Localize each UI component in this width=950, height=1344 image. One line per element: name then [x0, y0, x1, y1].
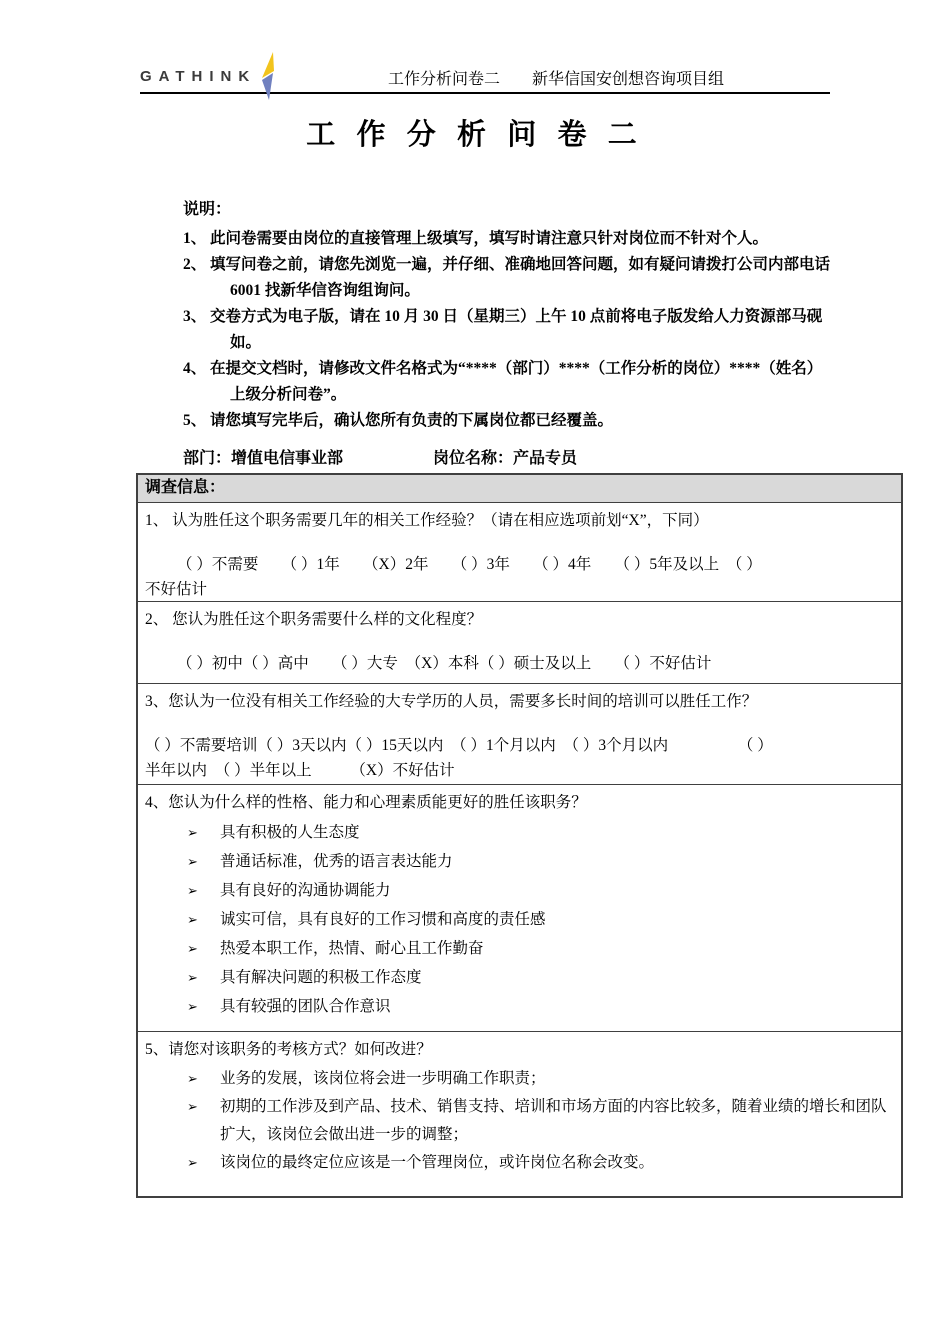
header-project-label: 新华信国安创想咨询项目组	[532, 66, 724, 89]
instructions-section: 说明： 1、 此问卷需要由岗位的直接管理上级填写，填写时请注意只针对岗位而不针对…	[183, 196, 833, 434]
arrow-bullet-icon: ➢	[187, 1149, 220, 1177]
header-doc-label: 工作分析问卷二	[388, 66, 500, 89]
job-title-label: 岗位名称：产品专员	[433, 450, 577, 467]
bullet-text: 初期的工作涉及到产品、技术、销售支持、培训和市场方面的内容比较多，随着业绩的增长…	[220, 1093, 893, 1149]
instruction-text: 此问卷需要由岗位的直接管理上级填写，填写时请注意只针对岗位而不针对个人。	[210, 226, 833, 252]
bullet-text: 普通话标准，优秀的语言表达能力	[220, 847, 893, 876]
department-label: 部门：增值电信事业部	[183, 450, 343, 467]
instruction-number: 3、	[183, 304, 210, 356]
instruction-number: 2、	[183, 252, 210, 304]
bullet-text: 业务的发展，该岗位将会进一步明确工作职责；	[220, 1065, 893, 1093]
bullet-text: 具有较强的团队合作意识	[220, 992, 893, 1021]
question-row-1: 1、 认为胜任这个职务需要几年的相关工作经验？（请在相应选项前划“X”，下同） …	[138, 502, 901, 601]
instruction-number: 1、	[183, 226, 210, 252]
arrow-bullet-icon: ➢	[187, 905, 220, 934]
arrow-bullet-icon: ➢	[187, 934, 220, 963]
question-row-2: 2、 您认为胜任这个职务需要什么样的文化程度？ （ ）初中（ ）高中 （ ）大专…	[138, 601, 901, 683]
instruction-text: 交卷方式为电子版，请在 10 月 30 日（星期三）上午 10 点前将电子版发给…	[210, 304, 833, 356]
question-3-text: 3、您认为一位没有相关工作经验的大专学历的人员，需要多长时间的培训可以胜任工作？	[145, 689, 893, 714]
question-3-options: （ ）不需要培训（ ）3天以内（ ）15天以内 （ ）1个月以内 （ ）3个月以…	[145, 733, 893, 758]
instruction-number: 4、	[183, 356, 210, 408]
bullet-item: ➢ 具有解决问题的积极工作态度	[145, 963, 893, 992]
survey-section-header: 调查信息：	[138, 475, 901, 502]
bullet-text: 该岗位的最终定位应该是一个管理岗位，或许岗位名称会改变。	[220, 1149, 893, 1177]
bullet-item: ➢ 诚实可信，具有良好的工作习惯和高度的责任感	[145, 905, 893, 934]
instruction-item: 4、 在提交文档时，请修改文件名格式为“****（部门）****（工作分析的岗位…	[183, 356, 833, 408]
spacer	[145, 632, 893, 651]
logo-blue-shape	[262, 73, 273, 100]
bullet-text: 热爱本职工作，热情、耐心且工作勤奋	[220, 934, 893, 963]
bullet-text: 具有良好的沟通协调能力	[220, 876, 893, 905]
instruction-text: 在提交文档时，请修改文件名格式为“****（部门）****（工作分析的岗位）**…	[210, 356, 833, 408]
question-row-3: 3、您认为一位没有相关工作经验的大专学历的人员，需要多长时间的培训可以胜任工作？…	[138, 683, 901, 784]
bullet-item: ➢ 业务的发展，该岗位将会进一步明确工作职责；	[145, 1065, 893, 1093]
document-page: GATHINK 工作分析问卷二 新华信国安创想咨询项目组 工 作 分 析 问 卷…	[0, 0, 950, 1344]
page-title: 工 作 分 析 问 卷 二	[0, 112, 950, 153]
question-row-5: 5、请您对该职务的考核方式？如何改进？ ➢ 业务的发展，该岗位将会进一步明确工作…	[138, 1031, 901, 1196]
bullet-item: ➢ 初期的工作涉及到产品、技术、销售支持、培训和市场方面的内容比较多，随着业绩的…	[145, 1093, 893, 1149]
instruction-number: 5、	[183, 408, 210, 434]
instruction-item: 5、 请您填写完毕后，确认您所有负责的下属岗位都已经覆盖。	[183, 408, 833, 434]
gathink-logo-text: GATHINK	[140, 68, 256, 85]
page-header: GATHINK 工作分析问卷二 新华信国安创想咨询项目组	[140, 50, 830, 94]
gathink-logo-icon	[256, 50, 280, 106]
bullet-item: ➢ 具有积极的人生态度	[145, 818, 893, 847]
bullet-item: ➢ 具有良好的沟通协调能力	[145, 876, 893, 905]
question-1-options: （ ）不需要 （ ）1年 （X）2年 （ ）3年 （ ）4年 （ ）5年及以上 …	[145, 552, 893, 577]
arrow-bullet-icon: ➢	[187, 963, 220, 992]
arrow-bullet-icon: ➢	[187, 847, 220, 876]
question-row-4: 4、您认为什么样的性格、能力和心理素质能更好的胜任该职务？ ➢ 具有积极的人生态…	[138, 784, 901, 1031]
arrow-bullet-icon: ➢	[187, 818, 220, 847]
question-2-options: （ ）初中（ ）高中 （ ）大专 （X）本科（ ）硕士及以上 （ ）不好估计	[145, 651, 893, 676]
question-1-text: 1、 认为胜任这个职务需要几年的相关工作经验？（请在相应选项前划“X”，下同）	[145, 508, 893, 533]
instruction-text: 填写问卷之前，请您先浏览一遍，并仔细、准确地回答问题，如有疑问请拨打公司内部电话…	[210, 252, 833, 304]
bullet-item: ➢ 具有较强的团队合作意识	[145, 992, 893, 1021]
question-5-bullets: ➢ 业务的发展，该岗位将会进一步明确工作职责； ➢ 初期的工作涉及到产品、技术、…	[145, 1065, 893, 1177]
instruction-item: 1、 此问卷需要由岗位的直接管理上级填写，填写时请注意只针对岗位而不针对个人。	[183, 226, 833, 252]
arrow-bullet-icon: ➢	[187, 876, 220, 905]
bullet-text: 具有积极的人生态度	[220, 818, 893, 847]
instructions-heading: 说明：	[183, 196, 833, 219]
instruction-item: 3、 交卷方式为电子版，请在 10 月 30 日（星期三）上午 10 点前将电子…	[183, 304, 833, 356]
instruction-item: 2、 填写问卷之前，请您先浏览一遍，并仔细、准确地回答问题，如有疑问请拨打公司内…	[183, 252, 833, 304]
spacer	[145, 714, 893, 733]
position-info-line: 部门：增值电信事业部 岗位名称：产品专员	[183, 445, 577, 468]
arrow-bullet-icon: ➢	[187, 992, 220, 1021]
spacer	[145, 533, 893, 552]
question-4-text: 4、您认为什么样的性格、能力和心理素质能更好的胜任该职务？	[145, 790, 893, 815]
question-2-text: 2、 您认为胜任这个职务需要什么样的文化程度？	[145, 607, 893, 632]
arrow-bullet-icon: ➢	[187, 1093, 220, 1149]
instruction-text: 请您填写完毕后，确认您所有负责的下属岗位都已经覆盖。	[210, 408, 833, 434]
arrow-bullet-icon: ➢	[187, 1065, 220, 1093]
bullet-item: ➢ 普通话标准，优秀的语言表达能力	[145, 847, 893, 876]
survey-table: 调查信息： 1、 认为胜任这个职务需要几年的相关工作经验？（请在相应选项前划“X…	[136, 473, 903, 1198]
question-4-bullets: ➢ 具有积极的人生态度 ➢ 普通话标准，优秀的语言表达能力 ➢ 具有良好的沟通协…	[145, 818, 893, 1021]
bullet-text: 具有解决问题的积极工作态度	[220, 963, 893, 992]
bullet-item: ➢ 该岗位的最终定位应该是一个管理岗位，或许岗位名称会改变。	[145, 1149, 893, 1177]
question-3-options-wrap: 半年以内 （ ）半年以上 （X）不好估计	[145, 758, 893, 783]
bullet-item: ➢ 热爱本职工作，热情、耐心且工作勤奋	[145, 934, 893, 963]
question-1-options-wrap: 不好估计	[145, 577, 893, 602]
bullet-text: 诚实可信，具有良好的工作习惯和高度的责任感	[220, 905, 893, 934]
question-5-text: 5、请您对该职务的考核方式？如何改进？	[145, 1037, 893, 1062]
